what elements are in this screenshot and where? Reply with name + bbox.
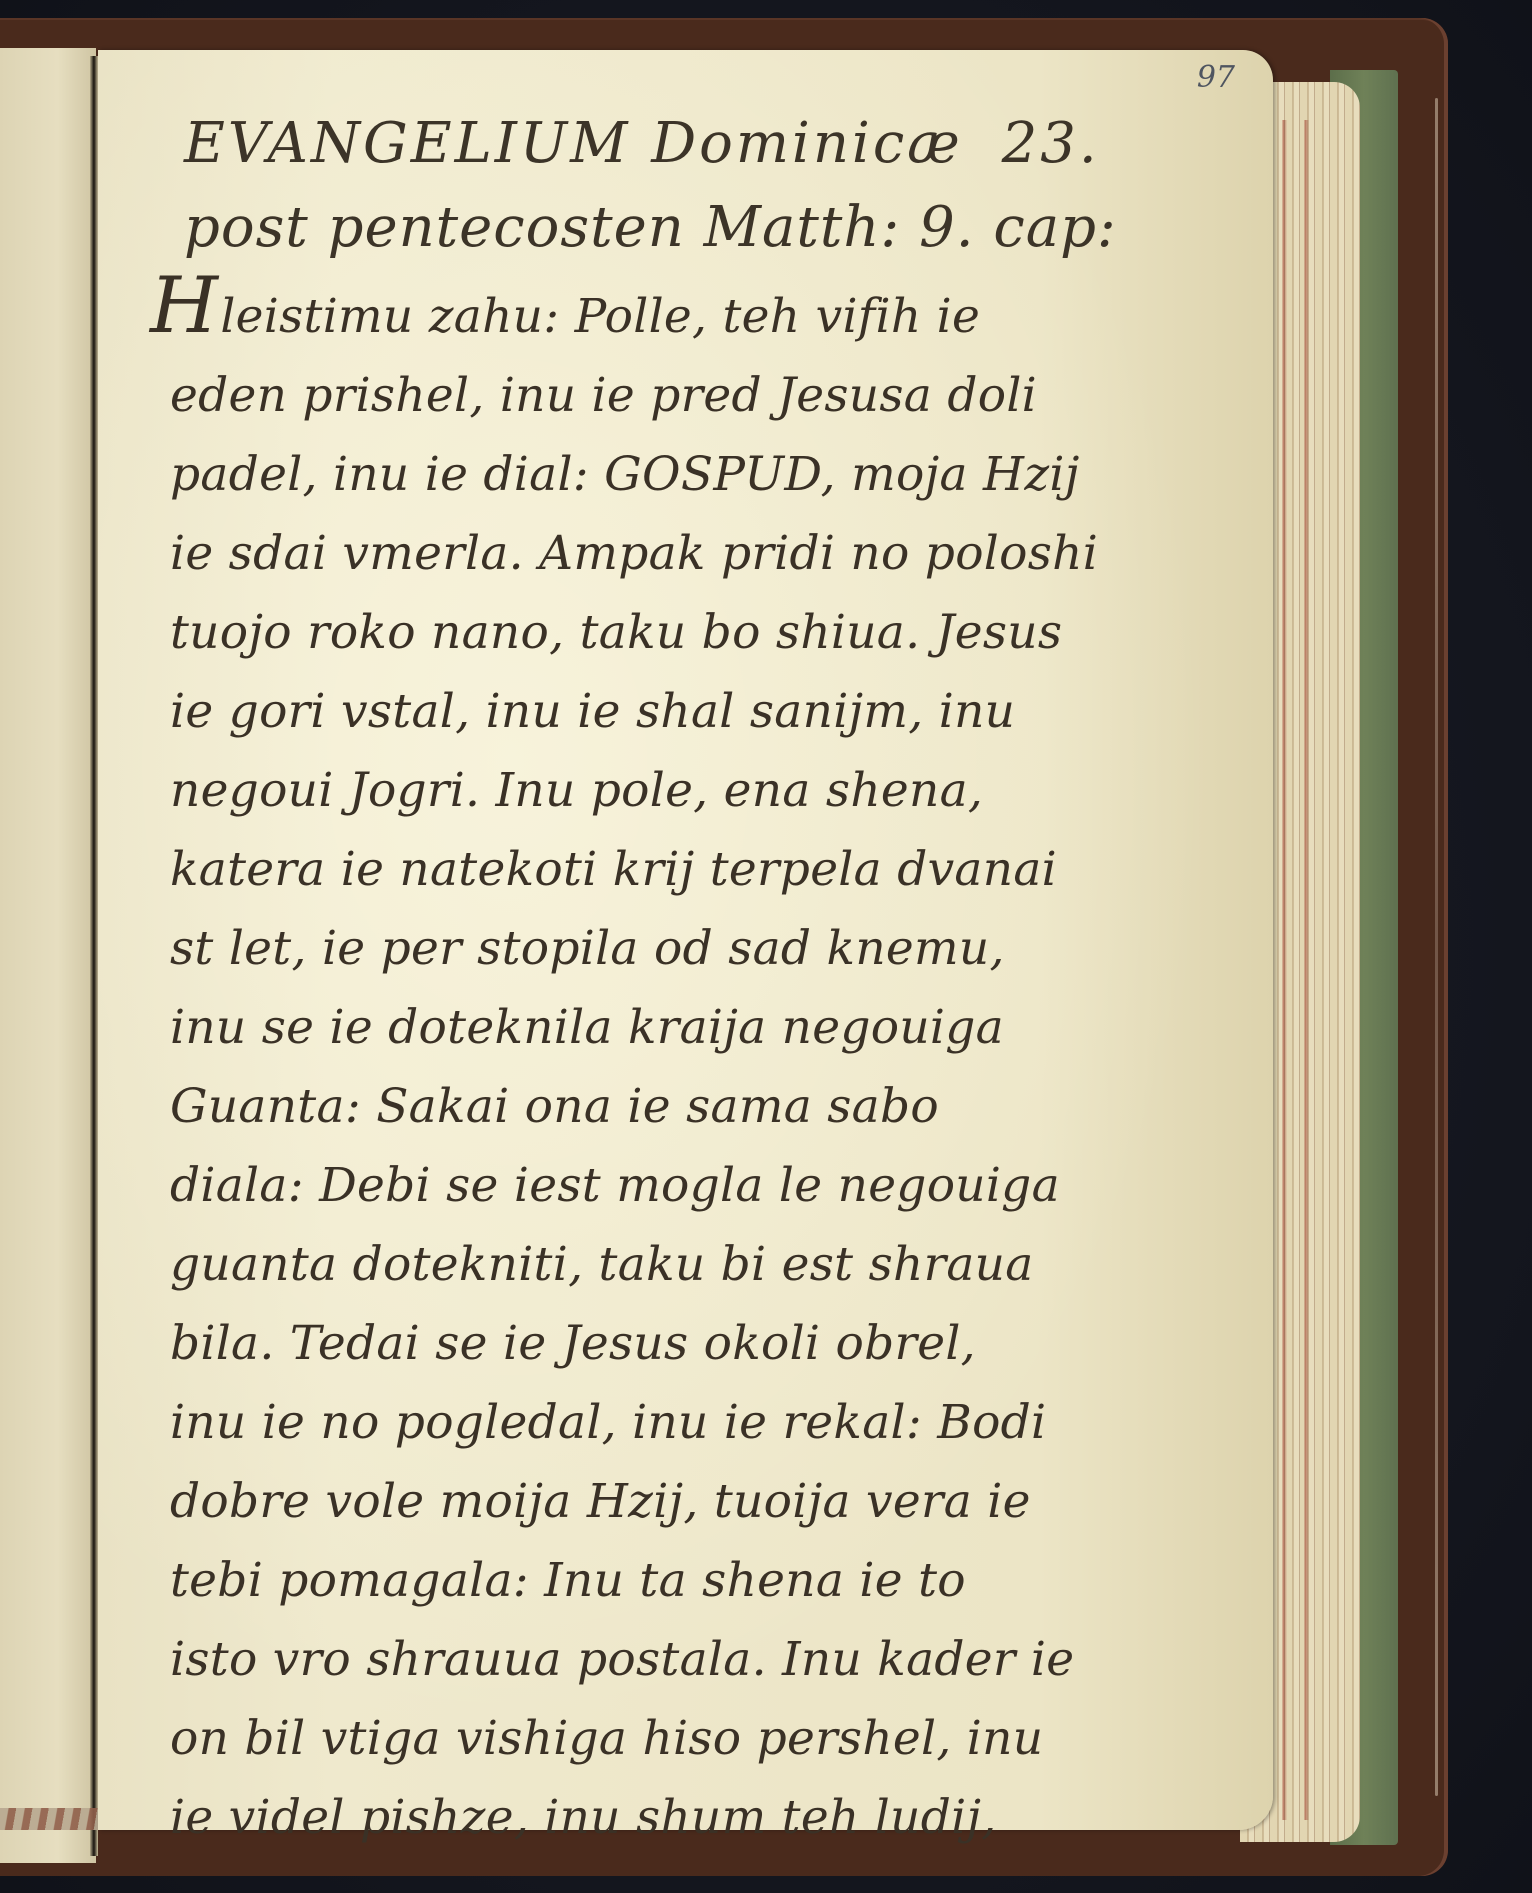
text-line: inu se ie doteknila kraija negouiga	[150, 988, 1233, 1067]
cover-edge-highlight	[1435, 98, 1438, 1796]
text-line: bila. Tedai se ie Jesus okoli obrel,	[150, 1304, 1233, 1383]
page-content: EVANGELIUM Dominicæ 23. post pentecosten…	[150, 102, 1233, 1857]
text-line: Guanta: Sakai ona ie sama sabo	[150, 1067, 1233, 1146]
book-gutter	[90, 56, 98, 1856]
text-line: isto vro shrauua postala. Inu kader ie	[150, 1620, 1233, 1699]
text-line: inu ie no pogledal, inu ie rekal: Bodi	[150, 1383, 1233, 1462]
text-line: eden prishel, inu ie pred Jesusa doli	[150, 356, 1233, 435]
gospel-text: Hleistimu zahu: Polle, teh vifih ie eden…	[150, 276, 1233, 1857]
sunday-number: 23.	[1002, 102, 1100, 186]
text-line: tuojo roko nano, taku bo shiua. Jesus	[150, 593, 1233, 672]
text-line: ie gori vstal, inu ie shal sanijm, inu	[150, 672, 1233, 751]
text-line: Hleistimu zahu: Polle, teh vifih ie	[150, 276, 1233, 356]
heading-title: EVANGELIUM Dominicæ	[184, 111, 963, 176]
text-line: ie sdai vmerla. Ampak pridi no poloshi	[150, 514, 1233, 593]
folio-number: 97	[1197, 60, 1235, 95]
text-line: ie videl pishze, inu shum teh ludij,	[150, 1778, 1233, 1857]
text-line: katera ie natekoti krij terpela dvanai	[150, 830, 1233, 909]
left-facing-page	[0, 48, 96, 1863]
text-line: guanta dotekniti, taku bi est shraua	[150, 1225, 1233, 1304]
text-line: tebi pomagala: Inu ta shena ie to	[150, 1541, 1233, 1620]
text-line: st let, ie per stopila od sad knemu,	[150, 909, 1233, 988]
text-line: diala: Debi se iest mogla le negouiga	[150, 1146, 1233, 1225]
drop-initial: H	[150, 261, 218, 351]
text-line: padel, inu ie dial: GOSPUD, moja Hzij	[150, 435, 1233, 514]
text-line: negoui Jogri. Inu pole, ena shena,	[150, 751, 1233, 830]
text-line: dobre vole moija Hzij, tuoija vera ie	[150, 1462, 1233, 1541]
manuscript-page: 97 EVANGELIUM Dominicæ 23. post pentecos…	[98, 50, 1273, 1830]
heading-line-2: post pentecosten Matth: 9. cap:	[150, 186, 1233, 270]
heading-line-1: EVANGELIUM Dominicæ 23.	[150, 102, 1233, 186]
text-line: on bil vtiga vishiga hiso pershel, inu	[150, 1699, 1233, 1778]
